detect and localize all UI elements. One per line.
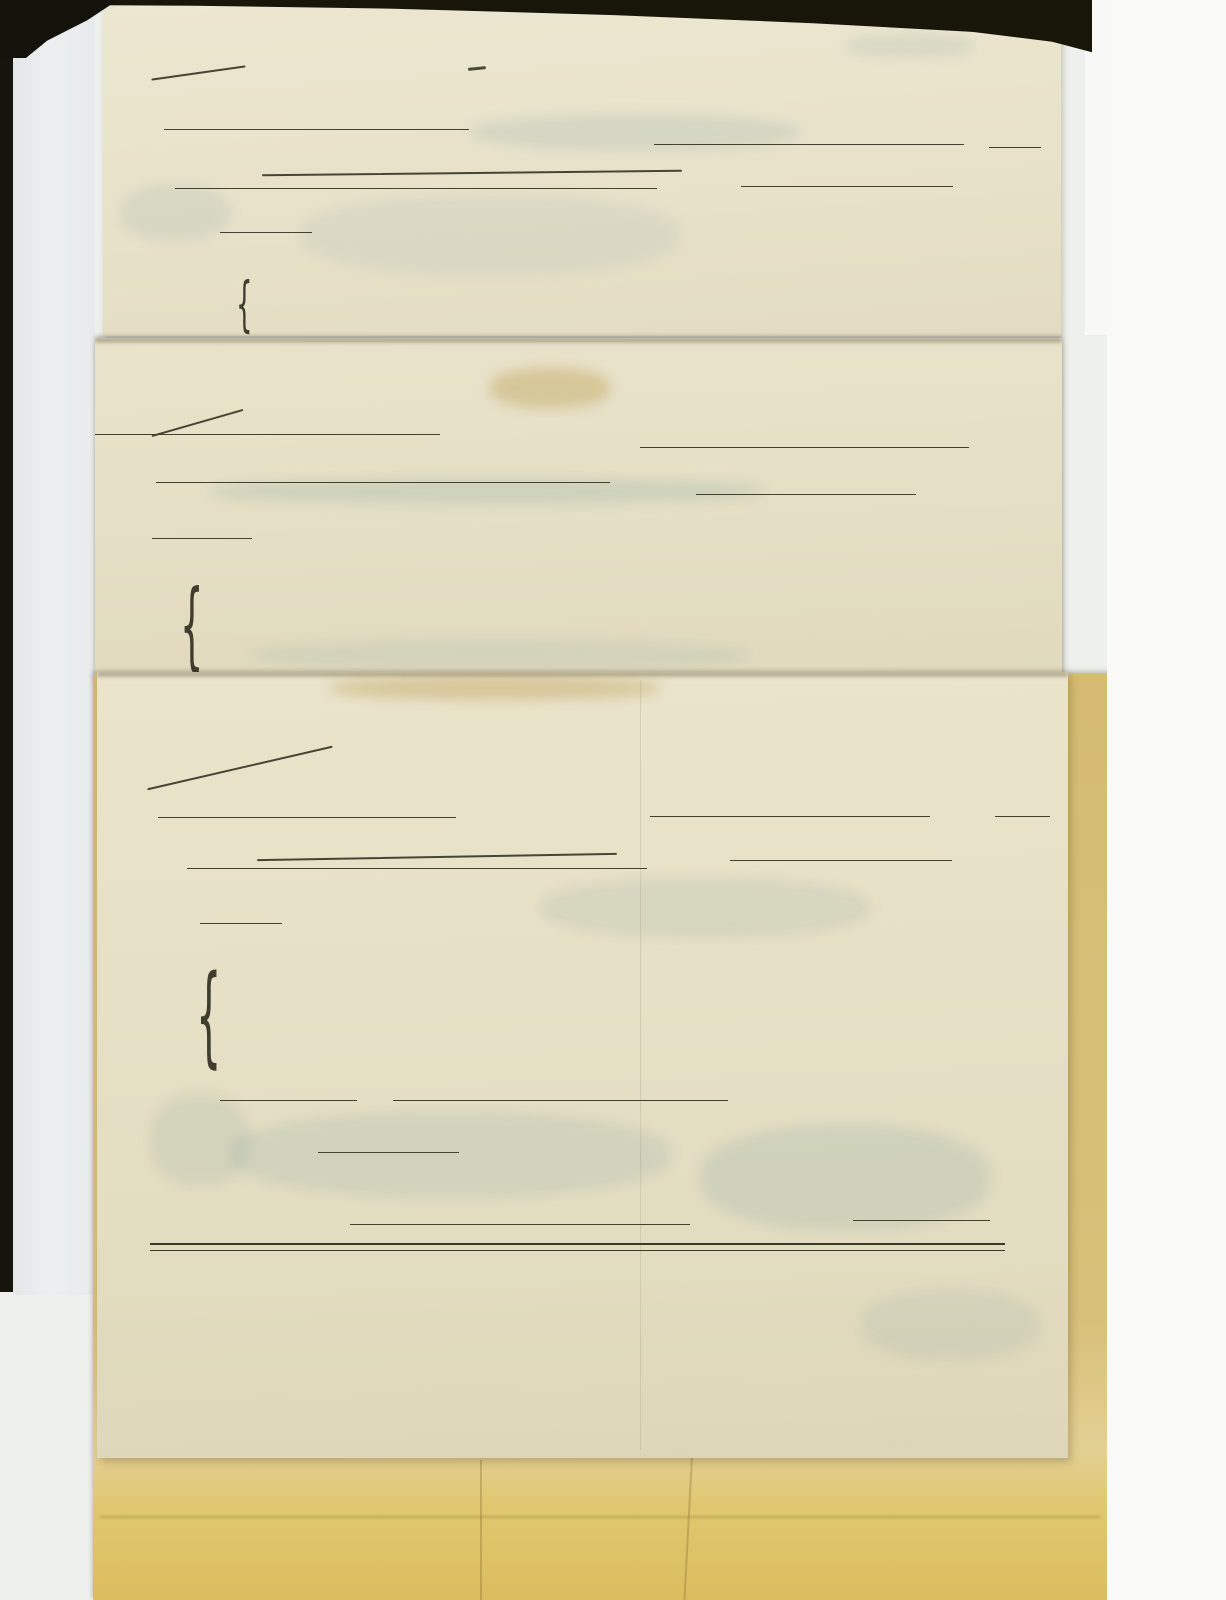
clearance-form-middle bbox=[95, 338, 1062, 680]
paper-crease bbox=[640, 680, 641, 1450]
paper-stain bbox=[330, 676, 660, 700]
paper-edge-shadow bbox=[97, 672, 1068, 676]
carbon-ghost-mark bbox=[845, 35, 975, 57]
paper-edge-shadow bbox=[95, 338, 1062, 342]
rule-line bbox=[989, 147, 1041, 148]
strike-through-line bbox=[257, 853, 617, 862]
rule-line bbox=[95, 434, 440, 435]
clearance-form-bottom bbox=[97, 672, 1068, 1458]
rule-line bbox=[318, 1152, 459, 1153]
rule-line bbox=[164, 129, 469, 130]
divider-line bbox=[150, 1243, 1005, 1245]
paper-crease bbox=[100, 1516, 1100, 1518]
carbon-ghost-mark bbox=[120, 185, 230, 240]
rule-line bbox=[853, 1220, 990, 1221]
strike-through-line bbox=[262, 170, 682, 177]
pen-slash-mark bbox=[151, 65, 245, 81]
rule-line bbox=[175, 188, 657, 189]
scan-background-right bbox=[1107, 0, 1226, 1600]
rule-line bbox=[654, 144, 964, 145]
carbon-ghost-mark bbox=[230, 1112, 670, 1197]
orders-brace bbox=[196, 962, 221, 1072]
rule-line bbox=[696, 494, 916, 495]
carbon-ghost-mark bbox=[300, 195, 680, 275]
carbon-ghost-mark bbox=[860, 1290, 1040, 1360]
rule-line bbox=[156, 482, 610, 483]
scanner-background-strip bbox=[13, 0, 95, 1295]
rule-line bbox=[350, 1224, 690, 1225]
rule-line bbox=[393, 1100, 728, 1101]
clearance-form-top bbox=[103, 6, 1061, 336]
paper-stain bbox=[490, 368, 610, 408]
orders-brace bbox=[236, 276, 253, 336]
pen-slash-mark bbox=[147, 746, 333, 791]
rule-line bbox=[220, 232, 312, 233]
rule-line bbox=[741, 186, 953, 187]
paper-crease bbox=[480, 1460, 482, 1600]
orders-brace bbox=[180, 578, 204, 674]
rule-line bbox=[995, 816, 1050, 817]
rule-line bbox=[200, 923, 282, 924]
rule-line bbox=[730, 860, 952, 861]
rule-line bbox=[152, 538, 252, 539]
rule-line bbox=[650, 816, 930, 817]
carbon-ghost-mark bbox=[250, 640, 750, 670]
divider-line bbox=[150, 1250, 1005, 1251]
scan-edge-dark-left bbox=[0, 0, 13, 1292]
rule-line bbox=[640, 447, 969, 448]
pen-dash-mark bbox=[468, 66, 486, 71]
rule-line bbox=[187, 868, 647, 869]
carbon-ghost-mark bbox=[700, 1125, 990, 1230]
carbon-ghost-mark bbox=[540, 878, 870, 938]
rule-line bbox=[158, 817, 456, 818]
rule-line bbox=[220, 1100, 357, 1101]
